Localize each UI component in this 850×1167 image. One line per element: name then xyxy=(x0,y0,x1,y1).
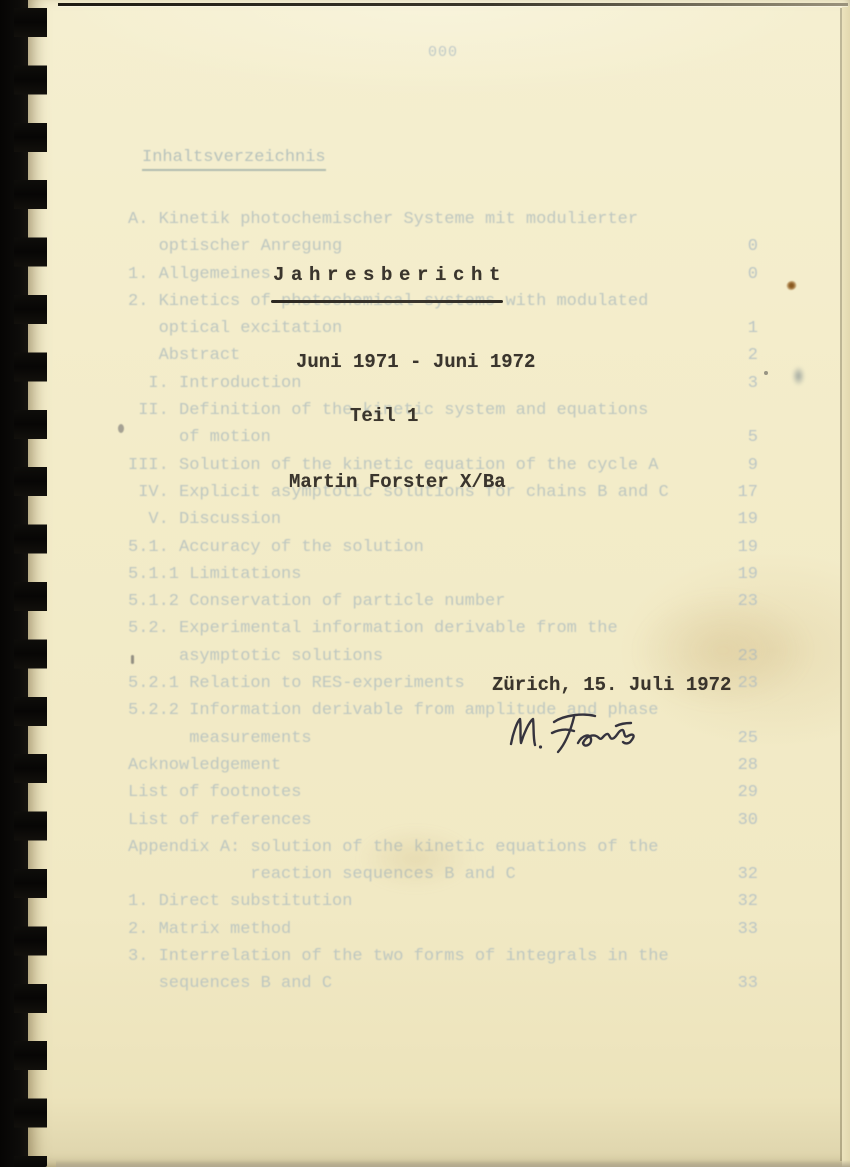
bleed-toc-entry-text: Appendix A: solution of the kinetic equa… xyxy=(128,834,659,861)
bleed-toc-entry-page xyxy=(724,206,758,233)
bleed-toc-entry-page xyxy=(724,943,758,970)
bleed-toc-entry-page: 0 xyxy=(724,261,758,288)
bleed-toc-entry-text: sequences B and C xyxy=(128,970,332,997)
bleed-toc-entry-text: Acknowledgement xyxy=(128,752,281,779)
handwritten-signature: M. Forster xyxy=(504,706,639,758)
bleed-toc-line: Acknowledgement 28 xyxy=(128,752,758,779)
bleed-toc-line: 5.2.2 Information derivable from amplitu… xyxy=(128,697,758,724)
bleed-toc-entry-page: 9 xyxy=(724,452,758,479)
bleed-toc-line: Appendix A: solution of the kinetic equa… xyxy=(128,834,758,861)
page-bottom-edge xyxy=(56,1160,850,1167)
bleed-toc-entry-page xyxy=(724,834,758,861)
bleed-toc-line: 1. Direct substitution 32 xyxy=(128,888,758,915)
bleed-toc-line: sequences B and C 33 xyxy=(128,970,758,997)
report-title: J a h r e s b e r i c h t xyxy=(273,264,498,286)
bleed-toc-entry-text: 1. Allgemeines xyxy=(128,261,271,288)
report-author: Martin Forster X/Ba xyxy=(289,471,506,493)
scanned-page: 000 Inhaltsverzeichnis A. Kinetik photoc… xyxy=(0,0,850,1167)
bleed-toc-entry-page: 29 xyxy=(724,779,758,806)
bleed-toc-entry-text: measurements xyxy=(128,725,312,752)
report-period: Juni 1971 - Juni 1972 xyxy=(296,351,535,373)
bleed-toc-line: optical excitation 1 xyxy=(128,315,758,342)
bleed-toc-line: measurements 25 xyxy=(128,725,758,752)
bleed-toc-entry-page: 0 xyxy=(724,233,758,260)
bleed-toc-entry-text: asymptotic solutions xyxy=(128,643,383,670)
bleed-toc-entry-page: 1 xyxy=(724,315,758,342)
bleed-toc-line: List of footnotes 29 xyxy=(128,779,758,806)
bleed-toc-entry-text: optical excitation xyxy=(128,315,342,342)
bleed-toc-entry-text: List of references xyxy=(128,807,312,834)
bleed-through-layer: 000 Inhaltsverzeichnis A. Kinetik photoc… xyxy=(28,0,850,1167)
bleed-toc-entry-text: 5.1.1 Limitations xyxy=(128,561,301,588)
bleed-toc-entry-text: optischer Anregung xyxy=(128,233,342,260)
bleed-toc-entry-page: 19 xyxy=(724,506,758,533)
bleed-toc-entry-page: 19 xyxy=(724,561,758,588)
bleed-toc-entry-page: 5 xyxy=(724,424,758,451)
bleed-toc-line: V. Discussion 19 xyxy=(128,506,758,533)
bleed-toc-entry-page: 3 xyxy=(724,370,758,397)
bleed-toc-entry-text: 3. Interrelation of the two forms of int… xyxy=(128,943,669,970)
page-top-edge xyxy=(58,3,848,6)
bleed-toc-entry-text: 5.1.2 Conservation of particle number xyxy=(128,588,505,615)
bleed-toc-entry-page: 25 xyxy=(724,725,758,752)
bleed-toc-entry-page: 23 xyxy=(724,588,758,615)
bleed-toc-heading: Inhaltsverzeichnis xyxy=(142,148,326,171)
bleed-toc-line: 5.2. Experimental information derivable … xyxy=(128,615,758,642)
bleed-toc-entry-page: 19 xyxy=(724,534,758,561)
bleed-toc-line: asymptotic solutions 23 xyxy=(128,643,758,670)
bleed-toc-entry-text: 5.1. Accuracy of the solution xyxy=(128,534,424,561)
bleed-toc-line: 5.1.1 Limitations 19 xyxy=(128,561,758,588)
bleed-toc-entry-page: 30 xyxy=(724,807,758,834)
bleed-toc-line: 2. Matrix method 33 xyxy=(128,916,758,943)
bleed-toc-entry-text: reaction sequences B and C xyxy=(128,861,516,888)
bleed-toc-entry-page: 32 xyxy=(724,861,758,888)
bleed-toc-line: reaction sequences B and C 32 xyxy=(128,861,758,888)
bleed-toc-entry-page: 33 xyxy=(724,916,758,943)
bleed-toc-entry-page: 32 xyxy=(724,888,758,915)
bleed-page-number: 000 xyxy=(428,44,458,61)
bleed-toc-line: of motion 5 xyxy=(128,424,758,451)
bleed-toc-entry-text: 2. Matrix method xyxy=(128,916,291,943)
bleed-toc-line: II. Definition of the kinetic system and… xyxy=(128,397,758,424)
bleed-toc-entry-page xyxy=(724,615,758,642)
page-right-margin xyxy=(842,6,850,1167)
bleed-toc-entry-text: of motion xyxy=(128,424,271,451)
comb-binding-teeth xyxy=(14,0,47,1167)
bleed-toc-entry-text: I. Introduction xyxy=(128,370,301,397)
bleed-toc-line: optischer Anregung 0 xyxy=(128,233,758,260)
bleed-toc-list: A. Kinetik photochemischer Systeme mit m… xyxy=(128,206,758,998)
bleed-toc-line: List of references 30 xyxy=(128,807,758,834)
bleed-toc-line: I. Introduction 3 xyxy=(128,370,758,397)
bleed-toc-line: 5.1. Accuracy of the solution 19 xyxy=(128,534,758,561)
bleed-toc-entry-text: Abstract xyxy=(128,342,240,369)
bleed-toc-entry-page: 23 xyxy=(724,643,758,670)
bleed-toc-entry-text: A. Kinetik photochemischer Systeme mit m… xyxy=(128,206,638,233)
bleed-toc-entry-page: 33 xyxy=(724,970,758,997)
bleed-toc-line: 5.1.2 Conservation of particle number 23 xyxy=(128,588,758,615)
bleed-toc-entry-page: 28 xyxy=(724,752,758,779)
bleed-toc-entry-text: 5.2.1 Relation to RES-experiments xyxy=(128,670,465,697)
bleed-toc-entry-page: 2 xyxy=(724,342,758,369)
bleed-toc-entry-page xyxy=(724,697,758,724)
bleed-toc-entry-text: 5.2. Experimental information derivable … xyxy=(128,615,618,642)
bleed-toc-entry-page: 17 xyxy=(724,479,758,506)
place-and-date: Zürich, 15. Juli 1972 xyxy=(492,674,731,696)
bleed-toc-line: A. Kinetik photochemischer Systeme mit m… xyxy=(128,206,758,233)
report-cover-page: 000 Inhaltsverzeichnis A. Kinetik photoc… xyxy=(28,0,850,1167)
title-underline xyxy=(271,300,503,303)
bleed-toc-entry-text: V. Discussion xyxy=(128,506,281,533)
bleed-toc-entry-page xyxy=(724,397,758,424)
bleed-toc-entry-page xyxy=(724,288,758,315)
bleed-toc-entry-text: 1. Direct substitution xyxy=(128,888,352,915)
bleed-toc-entry-text: List of footnotes xyxy=(128,779,301,806)
page-right-edge xyxy=(840,8,842,1161)
report-part-label: Teil 1 xyxy=(350,405,418,427)
bleed-toc-line: 3. Interrelation of the two forms of int… xyxy=(128,943,758,970)
